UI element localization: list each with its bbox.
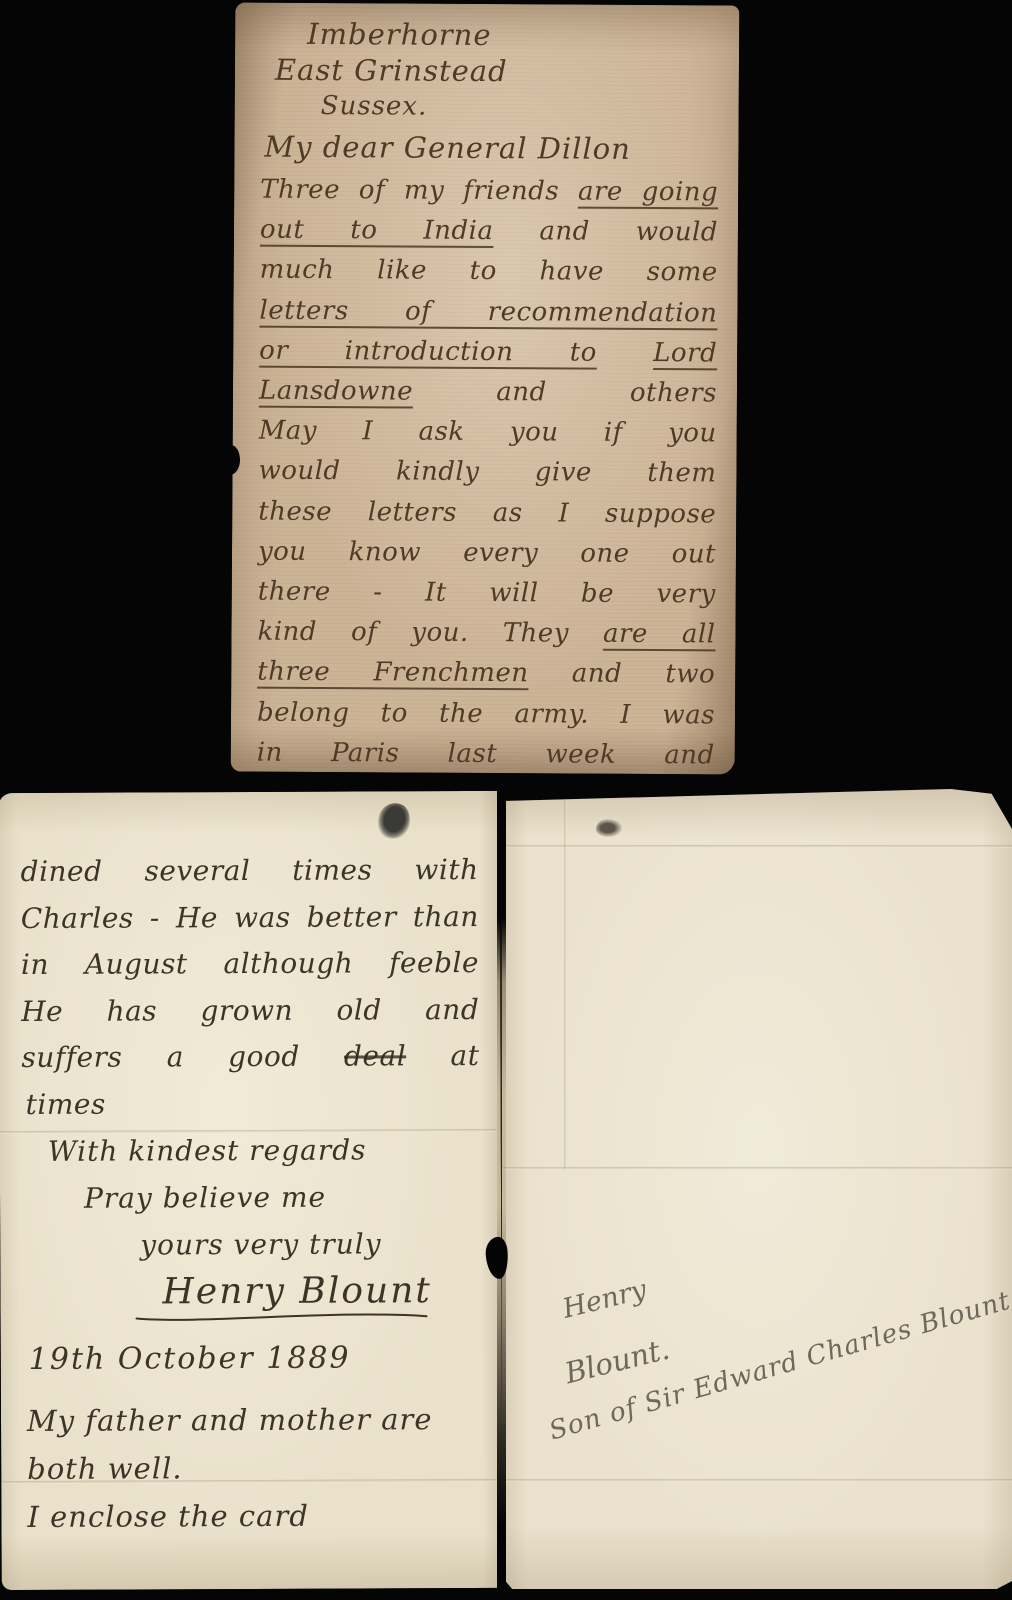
letter-line: in August although feeble xyxy=(21,940,479,988)
letterhead-line: Imberhorne xyxy=(307,16,719,55)
letter-line: would kindly give them xyxy=(258,451,716,494)
letter-line: belong to the army. I was xyxy=(257,692,715,735)
letterhead: Imberhorne East Grinstead Sussex. xyxy=(261,16,720,127)
pencil-annotation-line: Blount. xyxy=(561,1332,672,1391)
letter-left-page: dined several times withCharles - He was… xyxy=(0,791,503,1590)
letter-body-page-2: dined several times withCharles - He was… xyxy=(21,847,489,1128)
letterhead-line: Sussex. xyxy=(321,88,719,126)
letter-line: He has grown old and xyxy=(21,987,479,1035)
closing-line: yours very truly xyxy=(140,1220,489,1269)
letter-right-page: Henry Blount. Son of Sir Edward Charles … xyxy=(502,789,1012,1589)
closing-line: Pray believe me xyxy=(84,1173,489,1222)
postscript-line: My father and mother are xyxy=(27,1395,490,1445)
date-line: 19th October 1889 xyxy=(29,1335,490,1383)
letter-line: dined several times with xyxy=(21,847,479,895)
letter-line: three Frenchmen and two xyxy=(257,652,715,695)
letter-line: May I ask you if you xyxy=(259,411,717,454)
letter-line: you know every one out xyxy=(258,531,716,574)
paper-crease xyxy=(502,1479,1012,1482)
postscript-line: both well. xyxy=(27,1443,490,1493)
pencil-annotation-line: Henry xyxy=(560,1274,650,1325)
letter-line: times xyxy=(26,1079,484,1127)
letter-line: Charles - He was better than xyxy=(21,894,479,942)
signature-name: Henry Blount xyxy=(162,1270,432,1312)
letter-line: much like to have some xyxy=(260,250,718,293)
signature: Henry Blount xyxy=(162,1269,462,1324)
letter-line: suffers a good deal at xyxy=(21,1033,479,1081)
salutation: My dear General Dillon xyxy=(264,124,718,173)
letterhead-line: East Grinstead xyxy=(275,52,719,91)
paper-crease xyxy=(502,1167,1012,1170)
letter-line: Lansdowne and others xyxy=(259,371,717,414)
letter-line: or introduction to Lord xyxy=(259,330,717,373)
letter-body-page-1: Three of my friends are goingout to Indi… xyxy=(257,170,719,776)
letter-line: out to India and would xyxy=(260,210,718,253)
letter-line: these letters as I suppose xyxy=(258,491,716,534)
center-fold-shadow xyxy=(497,789,506,1592)
letter-line: in Paris last week and xyxy=(257,732,715,775)
letter-spread: dined several times withCharles - He was… xyxy=(0,789,1012,1592)
letter-page-1: Imberhorne East Grinstead Sussex. My dea… xyxy=(231,2,740,774)
scanned-letter-background: { "document_type": "handwritten letter s… xyxy=(0,0,1012,1600)
letter-line: there - It will be very xyxy=(258,572,716,615)
letter-line: Three of my friends are going xyxy=(260,170,718,213)
letter-line: kind of you. They are all xyxy=(257,612,715,655)
paper-crease xyxy=(502,845,1012,848)
letter-line: letters of recommendation xyxy=(259,290,717,333)
postscript-line: I enclose the card xyxy=(27,1491,490,1541)
postscript: My father and mother are both well. I en… xyxy=(23,1395,491,1541)
paper-crease xyxy=(564,789,567,1169)
